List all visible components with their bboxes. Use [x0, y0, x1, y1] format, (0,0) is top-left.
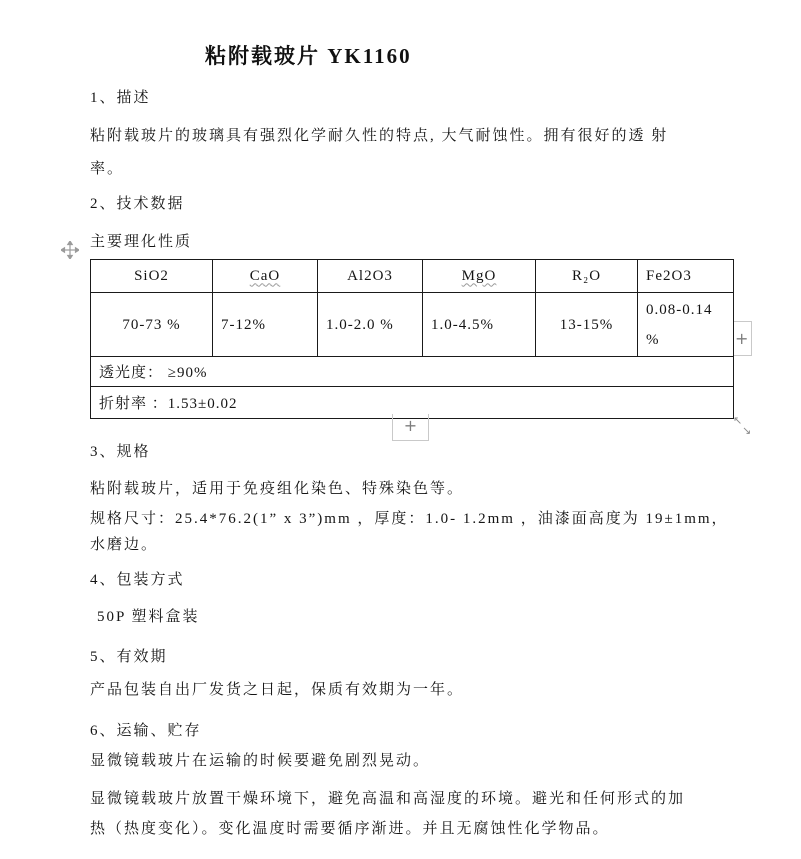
section-4-line-1: 50P 塑料盒装	[90, 608, 200, 627]
plus-icon: +	[404, 418, 417, 434]
section-1-heading: 1、描述	[90, 89, 151, 108]
section-6-line-3: 热（热度变化）。变化温度时需要循序渐进。并且无腐蚀性化学物品。	[90, 820, 610, 839]
table-header-r2o: R₂O	[536, 260, 638, 293]
section-4-heading: 4、包装方式	[90, 571, 185, 590]
section-5-line-1: 产品包装自出厂发货之日起，保质有效期为一年。	[90, 681, 464, 700]
table-header-fe2o3: Fe2O3	[638, 260, 734, 293]
add-column-button[interactable]: +	[734, 321, 752, 356]
table-header-row: SiO2 CaO Al2O3 MgO R₂O Fe2O3	[91, 260, 734, 293]
table-values-row: 70-73 % 7-12% 1.0-2.0 % 1.0-4.5% 13-15% …	[91, 293, 734, 357]
table-value-al2o3: 1.0-2.0 %	[318, 293, 423, 357]
table-value-r2o: 13-15%	[536, 293, 638, 357]
document-page: 粘附载玻片 YK1160 1、描述 粘附载玻片的玻璃具有强烈化学耐久性的特点, …	[0, 0, 801, 859]
section-2-subheading: 主要理化性质	[90, 233, 192, 252]
section-1-line-1: 粘附载玻片的玻璃具有强烈化学耐久性的特点, 大气耐蚀性。拥有很好的透 射	[90, 127, 668, 146]
table-transmittance-cell: 透光度： ≥90%	[91, 357, 734, 387]
section-2-heading: 2、技术数据	[90, 195, 185, 214]
table-header-al2o3: Al2O3	[318, 260, 423, 293]
section-6-line-2: 显微镜载玻片放置干燥环境下，避免高温和高湿度的环境。避光和任何形式的加	[90, 790, 685, 809]
table-header-mgo: MgO	[423, 260, 536, 293]
table-value-fe2o3: 0.08-0.14 %	[638, 293, 734, 357]
section-3-line-1: 粘附载玻片，适用于免疫组化染色、特殊染色等。	[90, 480, 464, 499]
table-transmittance-row: 透光度： ≥90%	[91, 357, 734, 387]
table-value-mgo: 1.0-4.5%	[423, 293, 536, 357]
plus-icon: +	[735, 331, 748, 347]
arrow-northwest-icon: ↖	[733, 414, 742, 427]
table-header-cao: CaO	[213, 260, 318, 293]
section-6-line-1: 显微镜载玻片在运输的时候要避免剧烈晃动。	[90, 752, 430, 771]
page-title: 粘附载玻片 YK1160	[205, 40, 412, 70]
section-3-line-2: 规格尺寸：25.4*76.2(1” x 3”)mm ，厚度：1.0- 1.2mm…	[90, 510, 729, 529]
table-resize-handle[interactable]: ↖ ↘	[731, 414, 755, 440]
arrow-southeast-icon: ↘	[742, 424, 751, 437]
section-6-heading: 6、运输、贮存	[90, 722, 202, 741]
physical-properties-table: SiO2 CaO Al2O3 MgO R₂O Fe2O3 70-73 % 7-1…	[90, 259, 734, 419]
add-row-button[interactable]: +	[392, 414, 429, 441]
table-value-sio2: 70-73 %	[91, 293, 213, 357]
section-5-heading: 5、有效期	[90, 648, 168, 667]
section-3-heading: 3、规格	[90, 443, 151, 462]
table-value-cao: 7-12%	[213, 293, 318, 357]
move-cross-icon	[61, 241, 79, 259]
section-1-line-2: 率。	[90, 160, 124, 179]
table-header-sio2: SiO2	[91, 260, 213, 293]
table-move-handle[interactable]	[61, 241, 79, 259]
section-3-line-3: 水磨边。	[90, 536, 158, 555]
